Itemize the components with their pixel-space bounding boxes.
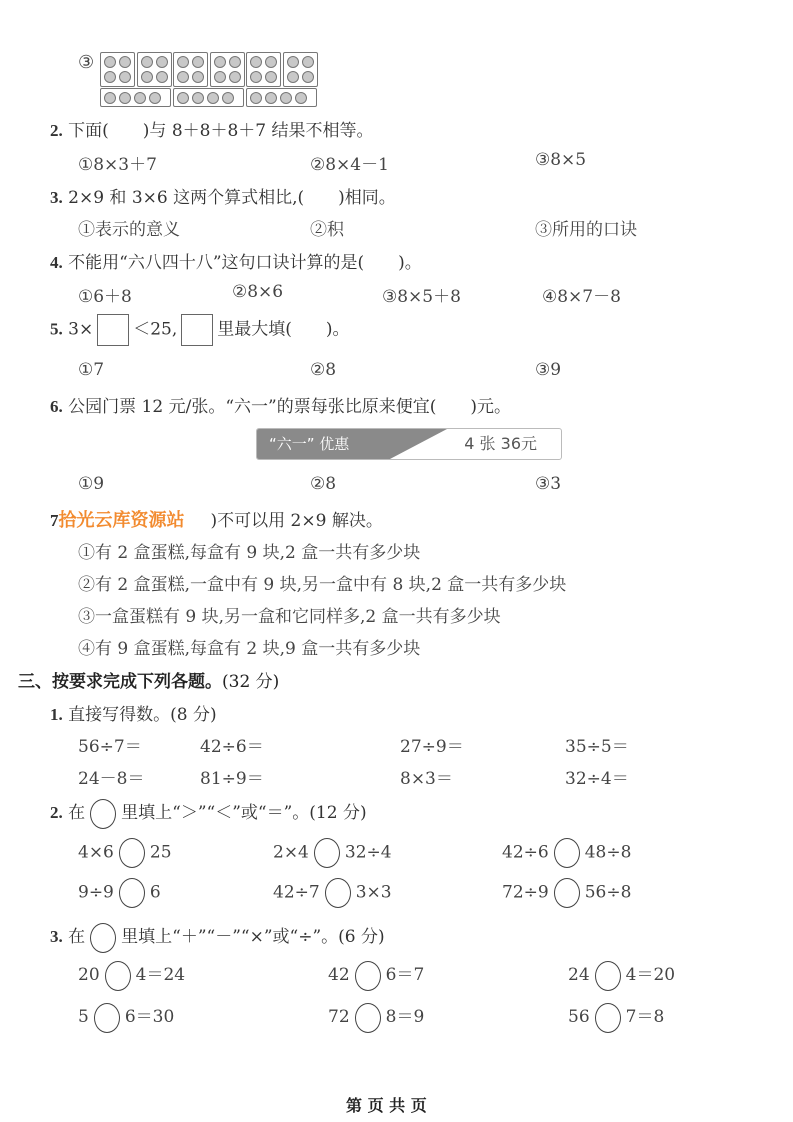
- counter-dot: [192, 71, 204, 83]
- oral-calc-item: 42÷6＝: [200, 732, 264, 757]
- counter-dot: [214, 56, 226, 68]
- counter-dot: [280, 92, 292, 104]
- oral-calc-item: 27÷9＝: [400, 732, 464, 757]
- counter-dot: [192, 92, 204, 104]
- right-operand: 6＝7: [386, 965, 425, 985]
- counter-dot: [156, 71, 168, 83]
- s3-question-2: 2. 在里填上“＞”“＜”或“＝”。(12 分): [50, 798, 367, 829]
- operator-item: 426＝7: [328, 960, 424, 991]
- counter-dot: [222, 92, 234, 104]
- question-3: 3. 2×9 和 3×6 这两个算式相比,( )相同。: [50, 183, 396, 208]
- counter-dot: [250, 56, 262, 68]
- q5-option-2[interactable]: ②8: [310, 360, 336, 380]
- counter-block: [173, 52, 208, 87]
- question-number: 4.: [50, 253, 63, 272]
- question-number: 3.: [50, 927, 63, 946]
- oral-calc-item: 81÷9＝: [200, 764, 264, 789]
- answer-circle[interactable]: [119, 878, 145, 908]
- oral-calc-item: 8×3＝: [400, 764, 453, 789]
- counter-dot: [177, 92, 189, 104]
- question-text: 里填上“＋”“－”“×”或“÷”。(6 分): [121, 927, 385, 947]
- q4-option-1[interactable]: ①6＋8: [78, 282, 132, 307]
- counter-dot: [141, 56, 153, 68]
- q1-option-3-label: ③: [78, 52, 94, 73]
- promo-banner: “六一” 优惠 4 张 36元: [256, 428, 562, 460]
- q4-option-2[interactable]: ②8×6: [232, 282, 283, 302]
- counter-dot: [119, 71, 131, 83]
- counter-block: [283, 52, 318, 87]
- counter-dot: [177, 71, 189, 83]
- counter-dot: [229, 56, 241, 68]
- counter-dot: [302, 56, 314, 68]
- question-text-post: 里最大填( )。: [217, 320, 349, 340]
- counter-block: [100, 88, 171, 107]
- q6-option-2[interactable]: ②8: [310, 474, 336, 494]
- q5-option-1[interactable]: ①7: [78, 360, 104, 380]
- right-operand: 4＝20: [626, 965, 675, 985]
- watermark: 拾光云库资源站: [59, 510, 185, 531]
- left-operand: 2×4: [273, 843, 309, 863]
- question-6: 6. 公园门票 12 元/张。“六一”的票每张比原来便宜( )元。: [50, 392, 511, 417]
- counter-dot: [134, 92, 146, 104]
- right-operand: 32÷4: [345, 843, 392, 863]
- q3-option-1[interactable]: ①表示的意义: [78, 215, 180, 240]
- answer-circle[interactable]: [355, 961, 381, 991]
- counter-dot: [295, 92, 307, 104]
- left-operand: 42: [328, 965, 350, 985]
- counter-dot: [302, 71, 314, 83]
- question-text: 下面( )与 8＋8＋8＋7 结果不相等。: [68, 121, 373, 141]
- compare-item: 42÷648÷8: [502, 838, 631, 868]
- q7-option-1[interactable]: ①有 2 盒蛋糕,每盒有 9 块,2 盒一共有多少块: [78, 538, 420, 563]
- question-text-pre: 在: [68, 927, 85, 947]
- question-2: 2. 下面( )与 8＋8＋8＋7 结果不相等。: [50, 116, 374, 141]
- oral-calc-item: 56÷7＝: [78, 732, 142, 757]
- right-operand: 3×3: [356, 883, 392, 903]
- answer-circle[interactable]: [325, 878, 351, 908]
- compare-item: 42÷73×3: [273, 878, 392, 908]
- right-operand: 56÷8: [585, 883, 632, 903]
- section-3-heading: 三、按要求完成下列各题。(32 分): [18, 667, 279, 692]
- question-number: 2.: [50, 803, 63, 822]
- right-operand: 25: [150, 843, 172, 863]
- q2-option-2[interactable]: ②8×4－1: [310, 150, 389, 175]
- question-text-pre: 3×: [68, 320, 93, 340]
- question-5: 5. 3×＜25,里最大填( )。: [50, 314, 350, 346]
- s3-question-1: 1. 直接写得数。(8 分): [50, 700, 217, 725]
- counter-block: [246, 88, 317, 107]
- q4-option-3[interactable]: ③8×5＋8: [382, 282, 461, 307]
- answer-circle[interactable]: [94, 1003, 120, 1033]
- answer-circle[interactable]: [105, 961, 131, 991]
- compare-item: 9÷96: [78, 878, 161, 908]
- counter-dot: [229, 71, 241, 83]
- section-title: 三、按要求完成下列各题。: [18, 672, 222, 692]
- answer-circle[interactable]: [119, 838, 145, 868]
- left-operand: 72÷9: [502, 883, 549, 903]
- right-operand: 48÷8: [585, 843, 632, 863]
- answer-circle[interactable]: [554, 878, 580, 908]
- counter-dot: [250, 71, 262, 83]
- counter-dot: [104, 56, 116, 68]
- question-text-mid: ＜25,: [133, 320, 177, 340]
- question-text: 不能用“六八四十八”这句口诀计算的是( )。: [68, 253, 422, 273]
- question-7: 7拾光云库资源站)不可以用 2×9 解决。: [50, 506, 383, 532]
- counter-block: [137, 52, 172, 87]
- promo-banner-price: 4 张 36元: [464, 429, 537, 459]
- circle-symbol: [90, 923, 116, 953]
- question-text: )不可以用 2×9 解决。: [211, 511, 383, 531]
- question-number: 7: [50, 511, 59, 530]
- operator-item: 728＝9: [328, 1002, 424, 1033]
- q7-option-2[interactable]: ②有 2 盒蛋糕,一盒中有 9 块,另一盒中有 8 块,2 盒一共有多少块: [78, 570, 566, 595]
- left-operand: 72: [328, 1007, 350, 1027]
- left-operand: 42÷6: [502, 843, 549, 863]
- answer-box[interactable]: [97, 314, 129, 346]
- counter-dot: [119, 56, 131, 68]
- right-operand: 6: [150, 883, 161, 903]
- operator-item: 244＝20: [568, 960, 675, 991]
- section-points: (32 分): [222, 672, 279, 692]
- left-operand: 5: [78, 1007, 89, 1027]
- answer-circle[interactable]: [554, 838, 580, 868]
- question-number: 5.: [50, 320, 63, 339]
- left-operand: 4×6: [78, 843, 114, 863]
- counter-dot: [141, 71, 153, 83]
- q6-option-3[interactable]: ③3: [535, 474, 561, 494]
- right-operand: 8＝9: [386, 1007, 425, 1027]
- counter-dot: [119, 92, 131, 104]
- q6-option-1[interactable]: ①9: [78, 474, 104, 494]
- q7-option-4[interactable]: ④有 9 盒蛋糕,每盒有 2 块,9 盒一共有多少块: [78, 634, 420, 659]
- question-text: 2×9 和 3×6 这两个算式相比,( )相同。: [68, 188, 396, 208]
- page-footer: 第 页 共 页: [346, 1093, 427, 1116]
- right-operand: 4＝24: [136, 965, 185, 985]
- operator-item: 56＝30: [78, 1002, 174, 1033]
- question-number: 2.: [50, 121, 63, 140]
- answer-circle[interactable]: [314, 838, 340, 868]
- answer-circle[interactable]: [355, 1003, 381, 1033]
- counter-dot: [287, 56, 299, 68]
- operator-item: 567＝8: [568, 1002, 664, 1033]
- answer-circle[interactable]: [595, 961, 621, 991]
- q5-option-3[interactable]: ③9: [535, 360, 561, 380]
- s3-question-3: 3. 在里填上“＋”“－”“×”或“÷”。(6 分): [50, 922, 385, 953]
- counter-block: [100, 52, 135, 87]
- counter-dot: [177, 56, 189, 68]
- question-number: 3.: [50, 188, 63, 207]
- q2-option-1[interactable]: ①8×3＋7: [78, 150, 157, 175]
- question-number: 1.: [50, 705, 63, 724]
- answer-box[interactable]: [181, 314, 213, 346]
- compare-item: 4×625: [78, 838, 172, 868]
- question-text-pre: 在: [68, 803, 85, 823]
- counter-dot: [250, 92, 262, 104]
- circle-symbol: [90, 799, 116, 829]
- right-operand: 6＝30: [125, 1007, 174, 1027]
- counter-dot: [265, 92, 277, 104]
- counter-dot: [207, 92, 219, 104]
- counter-dot: [214, 71, 226, 83]
- left-operand: 24: [568, 965, 590, 985]
- counter-block: [210, 52, 245, 87]
- q3-option-3[interactable]: ③所用的口诀: [535, 215, 637, 240]
- oral-calc-item: 32÷4＝: [565, 764, 629, 789]
- q2-option-3[interactable]: ③8×5: [535, 150, 586, 170]
- question-text: 公园门票 12 元/张。“六一”的票每张比原来便宜( )元。: [68, 397, 511, 417]
- counter-dot: [149, 92, 161, 104]
- oral-calc-item: 24－8＝: [78, 764, 144, 789]
- operator-item: 204＝24: [78, 960, 185, 991]
- left-operand: 42÷7: [273, 883, 320, 903]
- oral-calc-item: 35÷5＝: [565, 732, 629, 757]
- answer-circle[interactable]: [595, 1003, 621, 1033]
- right-operand: 7＝8: [626, 1007, 665, 1027]
- q4-option-4[interactable]: ④8×7－8: [542, 282, 621, 307]
- question-text: 直接写得数。(8 分): [68, 705, 216, 725]
- compare-item: 72÷956÷8: [502, 878, 631, 908]
- counter-dot: [156, 56, 168, 68]
- q7-option-3[interactable]: ③一盒蛋糕有 9 块,另一盒和它同样多,2 盒一共有多少块: [78, 602, 501, 627]
- left-operand: 9÷9: [78, 883, 114, 903]
- counter-dot: [192, 56, 204, 68]
- counter-dot: [265, 56, 277, 68]
- question-text: 里填上“＞”“＜”或“＝”。(12 分): [121, 803, 366, 823]
- question-number: 6.: [50, 397, 63, 416]
- q3-option-2[interactable]: ②积: [310, 215, 344, 240]
- counter-dot: [287, 71, 299, 83]
- compare-item: 2×432÷4: [273, 838, 392, 868]
- left-operand: 20: [78, 965, 100, 985]
- promo-banner-label: “六一” 优惠: [257, 429, 447, 459]
- counter-dot: [265, 71, 277, 83]
- counter-dot: [104, 71, 116, 83]
- counter-dot: [104, 92, 116, 104]
- counter-block: [173, 88, 244, 107]
- counter-block: [246, 52, 281, 87]
- question-4: 4. 不能用“六八四十八”这句口诀计算的是( )。: [50, 248, 422, 273]
- left-operand: 56: [568, 1007, 590, 1027]
